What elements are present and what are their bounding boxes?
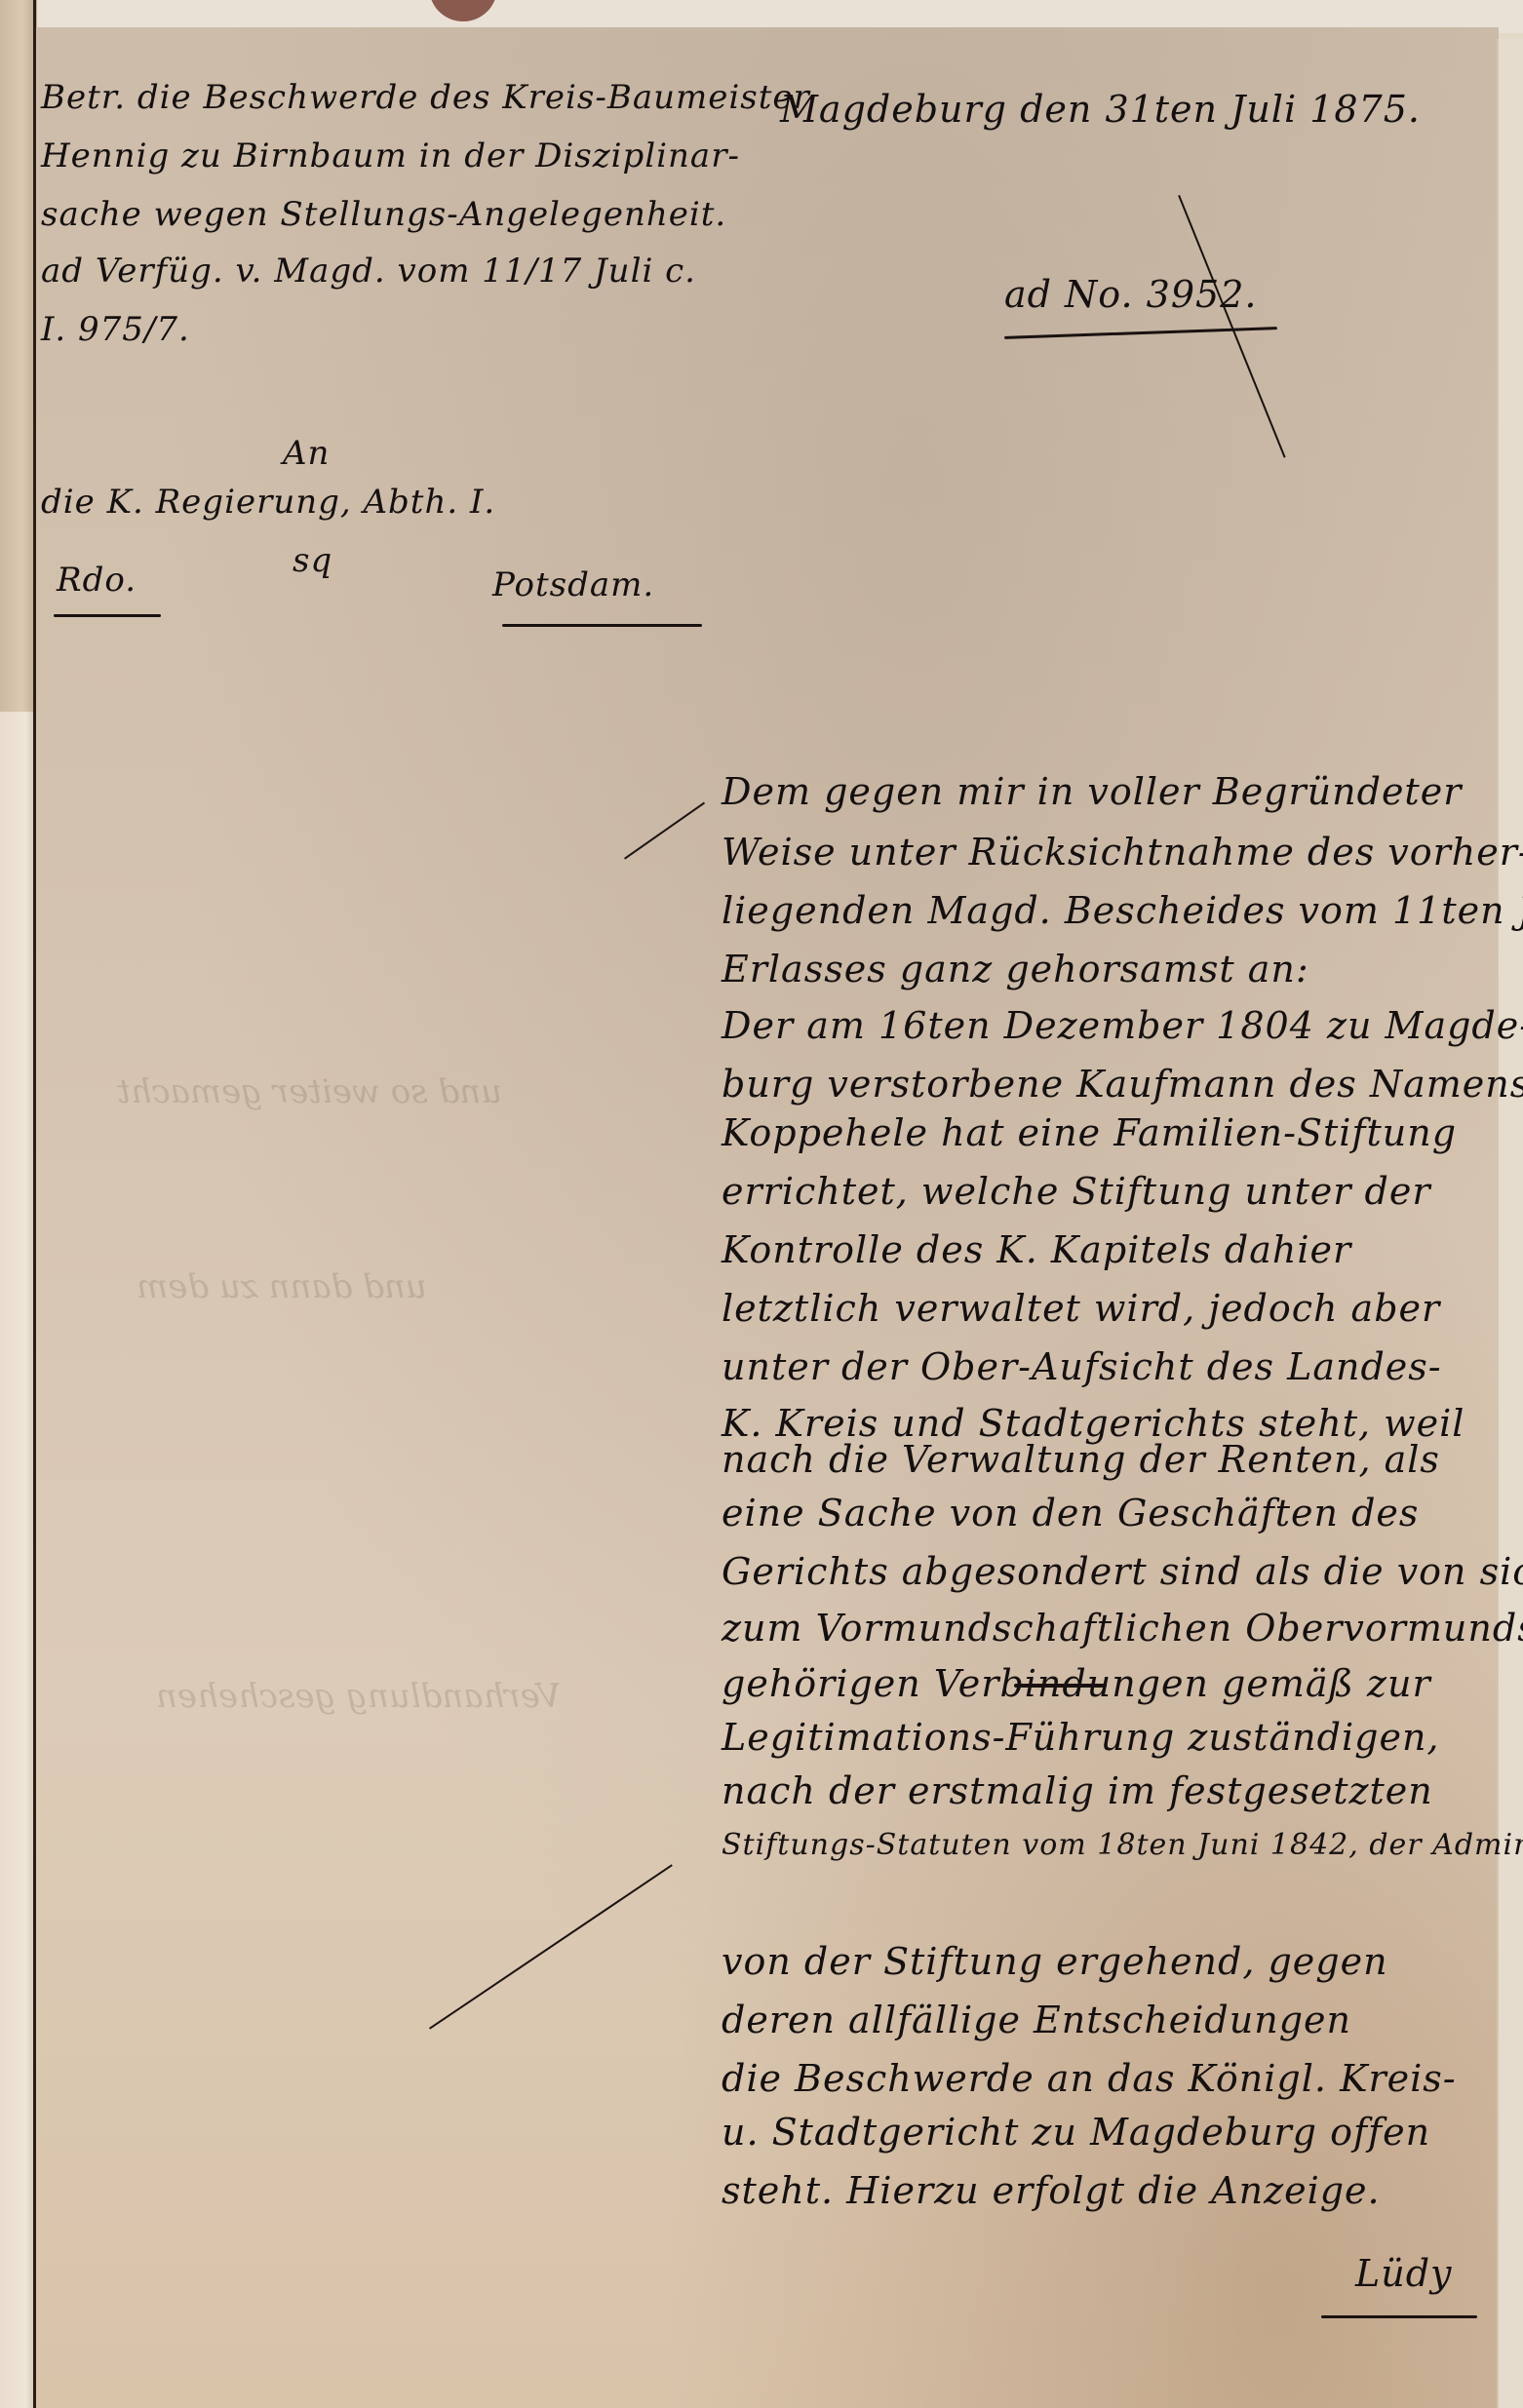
destination: Potsdam. bbox=[492, 565, 654, 604]
body-line: burg verstorbene Kaufmann des Namens bbox=[722, 1063, 1523, 1106]
body-line: nach die Verwaltung der Renten, als bbox=[722, 1438, 1440, 1481]
body-line: Gerichts abgesondert sind als die von si… bbox=[722, 1550, 1523, 1593]
bleed-through-text: und dann zu dem bbox=[137, 1267, 427, 1306]
delivery-mark: Rdo. bbox=[57, 561, 137, 600]
bleed-through-text: und so weiter gemacht bbox=[117, 1072, 502, 1111]
body-line: Legitimations-Führung zuständigen, bbox=[722, 1716, 1440, 1759]
body-line: die Beschwerde an das Königl. Kreis- bbox=[722, 2057, 1457, 2100]
delivery-sign: sq bbox=[293, 541, 332, 580]
destination-underline bbox=[502, 624, 702, 627]
body-line: eine Sache von den Geschäften des bbox=[722, 1492, 1419, 1534]
body-line: Kontrolle des K. Kapitels dahier bbox=[722, 1228, 1351, 1271]
body-line: u. Stadtgericht zu Magdeburg offen bbox=[722, 2111, 1430, 2154]
bleed-through-text: Verhandlung geschehen bbox=[156, 1677, 561, 1716]
body-line: nach der erstmalig im festgesetzten bbox=[722, 1769, 1433, 1812]
body-line: errichtet, welche Stiftung unter der bbox=[722, 1170, 1430, 1213]
body-line: deren allfällige Entscheidungen bbox=[722, 1999, 1351, 2041]
body-line: Weise unter Rücksichtnahme des vorher- bbox=[722, 831, 1523, 874]
body-line: unter der Ober-Aufsicht des Landes- bbox=[722, 1345, 1442, 1388]
subject-line-1: Betr. die Beschwerde des Kreis-Baumeiste… bbox=[41, 78, 810, 117]
body-line: Der am 16ten Dezember 1804 zu Magde- bbox=[722, 1004, 1523, 1047]
addressee-prefix: An bbox=[283, 434, 330, 473]
subject-line-3: sache wegen Stellungs-Angelegenheit. bbox=[41, 195, 726, 234]
spine-line bbox=[33, 0, 36, 2408]
strikethrough bbox=[1014, 1684, 1107, 1688]
body-line: steht. Hierzu erfolgt die Anzeige. bbox=[722, 2169, 1381, 2212]
delivery-mark-underline bbox=[54, 614, 161, 617]
body-line: Dem gegen mir in voller Begründeter bbox=[722, 770, 1462, 813]
body-line: zum Vormundschaftlichen Obervormundschaf… bbox=[722, 1607, 1523, 1650]
subject-line-4: ad Verfüg. v. Magd. vom 11/17 Juli c. bbox=[41, 252, 696, 291]
body-line: Erlasses ganz gehorsamst an: bbox=[722, 948, 1309, 990]
place-date: Magdeburg den 31ten Juli 1875. bbox=[780, 88, 1421, 131]
body-line: liegenden Magd. Bescheides vom 11ten Jul… bbox=[722, 889, 1523, 932]
document-page bbox=[36, 27, 1499, 2408]
signature-underline bbox=[1321, 2315, 1477, 2318]
file-number: I. 975/7. bbox=[41, 310, 190, 349]
binding-margin-lower bbox=[0, 712, 37, 2408]
body-line: Koppehele hat eine Familien-Stiftung bbox=[722, 1111, 1457, 1154]
body-line: von der Stiftung ergehend, gegen bbox=[722, 1940, 1388, 1983]
signature: Lüdy bbox=[1355, 2252, 1453, 2295]
body-line: letztlich verwaltet wird, jedoch aber bbox=[722, 1287, 1440, 1330]
body-line: Stiftungs-Statuten vom 18ten Juni 1842, … bbox=[722, 1828, 1523, 1862]
adjacent-page-edge bbox=[1497, 39, 1523, 2408]
addressee: die K. Regierung, Abth. I. bbox=[41, 483, 495, 522]
subject-line-2: Hennig zu Birnbaum in der Disziplinar- bbox=[41, 136, 740, 175]
